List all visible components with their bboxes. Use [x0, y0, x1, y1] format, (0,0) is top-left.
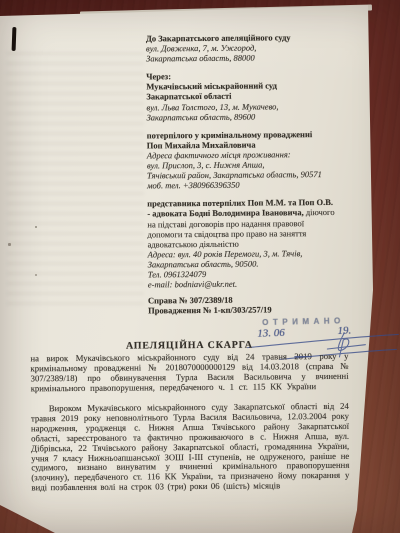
verdict-description-paragraph: Вироком Мукачівського міськрайонного суд… — [31, 402, 350, 494]
proceeding-number: Провадження № 1-кп/303/257/19 — [148, 304, 374, 316]
addressee-address-line: Закарпатська область, 88000 — [146, 52, 372, 64]
via-court-block: Через: Мукачівський міськрайонний суд За… — [146, 70, 372, 122]
representative-name-rest: діючого — [304, 207, 335, 217]
via-court-address-line: Закарпатська область, 89600 — [147, 110, 373, 122]
addressee-block: До Закарпатського апеляційного суду вул.… — [146, 32, 372, 64]
photo-frame: До Закарпатського апеляційного суду вул.… — [0, 0, 400, 533]
victim-block: потерпілого у кримінальному провадженні … — [147, 128, 373, 190]
victim-phone: моб. тел. +380966396350 — [147, 179, 373, 191]
representative-block: представника потерпілих Поп М.М. та Поп … — [147, 197, 374, 290]
appeal-subject-paragraph: на вирок Мукачівського міськрайонного су… — [30, 352, 348, 394]
struck-year: 2019 — [294, 351, 311, 361]
representative-name: - адвоката Бодні Володимира Івановича, — [147, 208, 303, 219]
representative-email: e-mail: bodniavi@ukr.net. — [148, 278, 374, 290]
document-header-block: До Закарпатського апеляційного суду вул.… — [146, 32, 374, 316]
document-text-layer: До Закарпатського апеляційного суду вул.… — [0, 0, 400, 533]
case-numbers-block: Справа № 307/2389/18 Провадження № 1-кп/… — [148, 294, 374, 316]
